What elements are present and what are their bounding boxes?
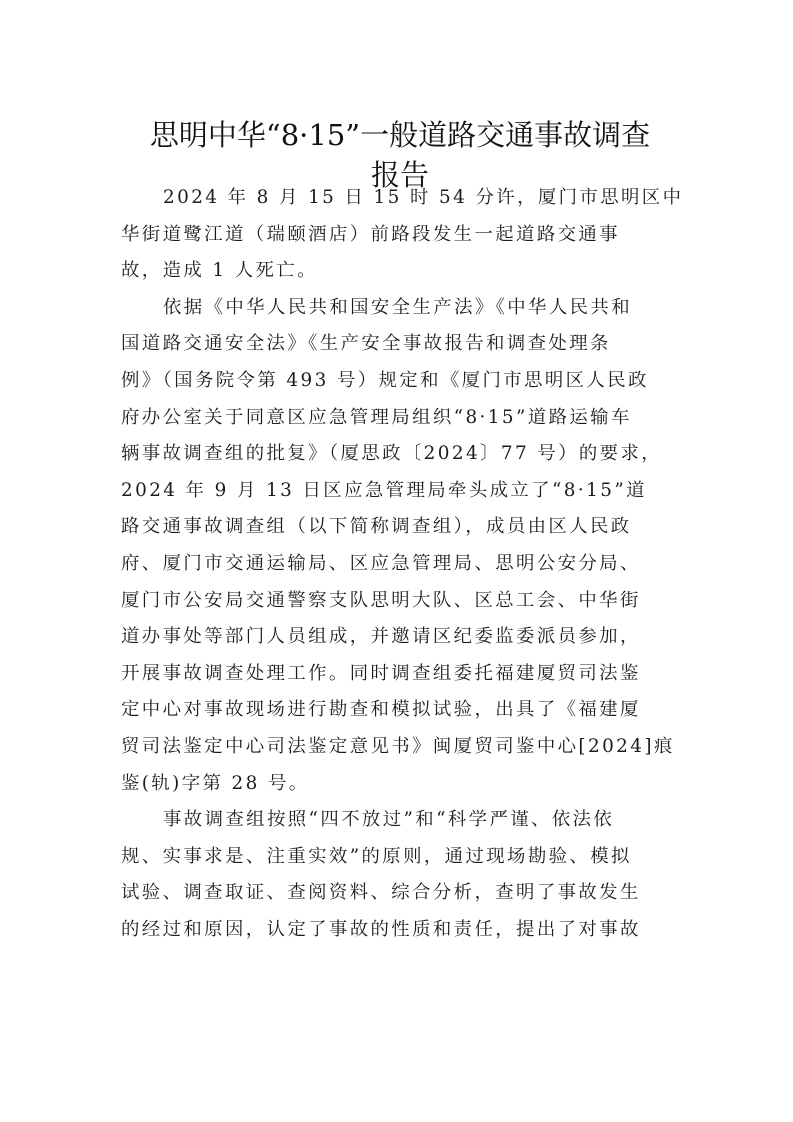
- text-line: 厦门市公安局交通警察支队思明大队、区总工会、中华街: [121, 583, 673, 620]
- text-line: 鉴(轨)字第 28 号。: [121, 766, 673, 803]
- text-line: 府办公室关于同意区应急管理局组织“8·15”道路运输车: [121, 400, 673, 437]
- text-line: 府、厦门市交通运输局、区应急管理局、思明公安分局、: [121, 546, 673, 583]
- text-line: 华街道鹭江道（瑞颐酒店）前路段发生一起道路交通事: [121, 217, 673, 254]
- text-line: 辆事故调查组的批复》（厦思政〔2024〕77 号）的要求，: [121, 436, 673, 473]
- text-line: 2024 年 8 月 15 日 15 时 54 分许，厦门市思明区中: [121, 180, 673, 217]
- text-line: 故，造成 1 人死亡。: [121, 253, 673, 290]
- text-line: 开展事故调查处理工作。同时调查组委托福建厦贸司法鉴: [121, 656, 673, 693]
- paragraph-incident-summary: 2024 年 8 月 15 日 15 时 54 分许，厦门市思明区中 华街道鹭江…: [121, 180, 673, 290]
- text-line: 路交通事故调查组（以下简称调查组），成员由区人民政: [121, 509, 673, 546]
- paragraph-investigation-principles: 事故调查组按照“四不放过”和“科学严谨、依法依 规、实事求是、注重实效”的原则，…: [121, 802, 673, 948]
- text-line: 试验、调查取证、查阅资料、综合分析，查明了事故发生: [121, 875, 673, 912]
- text-line: 依据《中华人民共和国安全生产法》《中华人民共和: [121, 290, 673, 327]
- text-line: 例》（国务院令第 493 号）规定和《厦门市思明区人民政: [121, 363, 673, 400]
- document-page: 思明中华“8·15”一般道路交通事故调查 报告 2024 年 8 月 15 日 …: [0, 0, 793, 1122]
- text-line: 道办事处等部门人员组成，并邀请区纪委监委派员参加，: [121, 619, 673, 656]
- text-line: 2024 年 9 月 13 日区应急管理局牵头成立了“8·15”道: [121, 473, 673, 510]
- text-line: 的经过和原因，认定了事故的性质和责任，提出了对事故: [121, 912, 673, 949]
- text-line: 贸司法鉴定中心司法鉴定意见书》闽厦贸司鉴中心[2024]痕: [121, 729, 673, 766]
- text-line: 事故调查组按照“四不放过”和“科学严谨、依法依: [121, 802, 673, 839]
- paragraph-legal-basis: 依据《中华人民共和国安全生产法》《中华人民共和 国道路交通安全法》《生产安全事故…: [121, 290, 673, 802]
- text-line: 定中心对事故现场进行勘查和模拟试验，出具了《福建厦: [121, 692, 673, 729]
- text-line: 规、实事求是、注重实效”的原则，通过现场勘验、模拟: [121, 839, 673, 876]
- document-body: 2024 年 8 月 15 日 15 时 54 分许，厦门市思明区中 华街道鹭江…: [121, 180, 673, 948]
- title-line: 思明中华“8·15”一般道路交通事故调查: [110, 115, 690, 155]
- text-line: 国道路交通安全法》《生产安全事故报告和调查处理条: [121, 326, 673, 363]
